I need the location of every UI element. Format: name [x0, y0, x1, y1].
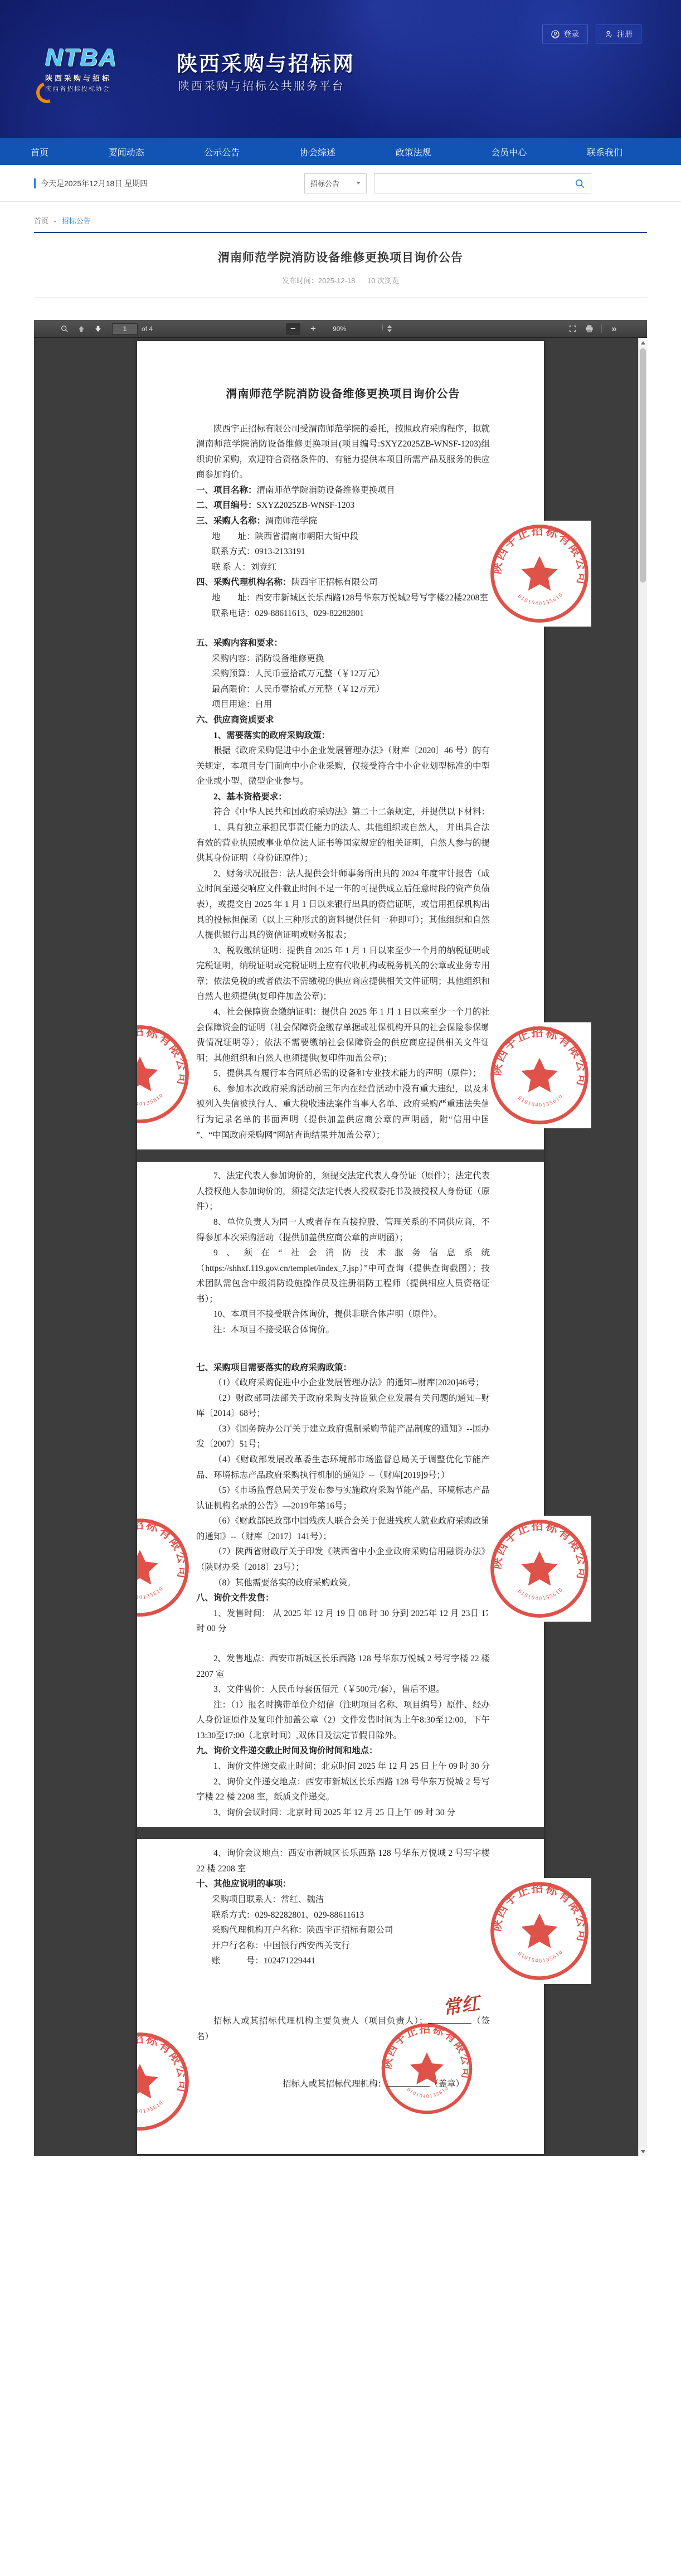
nav-item-home[interactable]: 首页 [31, 145, 48, 158]
document-item: 4、社会保障资金缴纳证明：提供自 2025 年 1 月 1 日以来至少一个月的社… [196, 1005, 490, 1066]
signature-line: 招标人或其招标代理机构主要负责人（项目负责人）：常红（签名） [196, 2014, 490, 2044]
zoom-out-button[interactable]: − [286, 323, 300, 335]
triangle-down-icon [641, 2150, 645, 2153]
document-line: 采购内容：消防设备维修更换 [196, 651, 490, 667]
toolbar-more-button[interactable]: » [606, 322, 622, 336]
stamp-blank [386, 2079, 430, 2087]
login-label: 登录 [563, 28, 579, 40]
zoom-level-value: 90% [333, 325, 346, 333]
register-button[interactable]: 注册 [596, 25, 641, 43]
document-line: 联 系 人：刘竞红 [196, 560, 490, 575]
document-paragraph: 符合《中华人民共和国政府采购法》第二十二条规定，并提供以下材料： [196, 804, 490, 820]
logo-mark: NTBA [45, 46, 118, 70]
document-line: 采购代理机构开户名称：陕西宇正招标有限公司 [196, 1923, 490, 1938]
document-item: （5）《市场监督总局关于发布参与实施政府采购节能产品、环境标志产品认证机构名录的… [196, 1483, 490, 1513]
nav-item-contact[interactable]: 联系我们 [587, 145, 622, 158]
document-note: 注：本项目不接受联合体询价。 [196, 1322, 490, 1338]
document-section-head: 六、供应商资质要求 [196, 712, 490, 728]
search-box [374, 173, 591, 193]
document-line: 联系方式：029-82282801、029-88611613 [196, 1908, 490, 1923]
pdf-page-gap [137, 1149, 544, 1162]
search-input[interactable] [374, 174, 591, 193]
pdf-page-gap [137, 1827, 544, 1839]
document-item: （2）财政部司法部关于政府采购支持监狱企业发展有关问题的通知--财库〔2014〕… [196, 1391, 490, 1422]
view-count: 10 次浏览 [367, 276, 399, 285]
user-circle-icon [551, 30, 560, 38]
page-title: 渭南师范学院消防设备维修更换项目询价公告 [0, 249, 681, 265]
nav-item-news[interactable]: 要闻动态 [109, 145, 144, 158]
document-item: （6）《财政部民政部中国残疾人联合会关于促进残疾人就业政府采购政策的通知》--（… [196, 1513, 490, 1544]
document-line: 联系方式：0913-2133191 [196, 544, 490, 560]
document-section-head: 十、其他应说明的事项： [196, 1876, 490, 1892]
signature-blank: 常红 [428, 2016, 471, 2024]
breadcrumb-current[interactable]: 招标公告 [62, 217, 91, 225]
document-section: 二、项目编号：SXYZ2025ZB-WNSF-1203 [196, 498, 490, 513]
document-paragraph: 根据《政府采购促进中小企业发展管理办法》（财库〔2020〕46 号）的有关规定，… [196, 743, 490, 789]
search-category-select[interactable]: 招标公告 [304, 173, 367, 193]
search-icon[interactable] [575, 178, 585, 192]
document-item: （8）其他需要落实的政府采购政策。 [196, 1575, 490, 1591]
pdf-previous-page-button[interactable] [73, 322, 90, 336]
search-icon [61, 325, 69, 333]
document-line: 地 址：西安市新城区长乐西路128号华东万悦城2号写字楼22楼2208室 [196, 590, 490, 606]
publish-time: 发布时间：2025-12-18 [282, 276, 356, 285]
document-section-head: 八、询价文件发售： [196, 1590, 490, 1606]
document-item: 1、具有独立承担民事责任能力的法人、其他组织或自然人， 并出具合法有效的营业执照… [196, 820, 490, 866]
site-subtitle: 陕西采购与招标公共服务平台 [178, 77, 345, 93]
document-item: 9、须在“社会消防技术服务信息系统（https://shhxf.119.gov.… [196, 1245, 490, 1307]
fullscreen-expand-icon [568, 324, 577, 333]
breadcrumb-separator: - [54, 217, 56, 225]
today-date-text: 今天是2025年12月18日 星期四 [41, 178, 148, 189]
edge-seal-stamp [137, 1022, 198, 1128]
article-divider [34, 297, 647, 298]
search-category-value: 招标公告 [310, 178, 339, 188]
document-item: 3、询价会议时间：北京时间 2025 年 12 月 25 日上午 09 时 30… [196, 1805, 490, 1821]
site-banner: NTBA 陕西采购与招标 陕西省招标投标协会 陕西采购与招标网 陕西采购与招标公… [0, 0, 681, 138]
spinner-arrows-icon [382, 324, 392, 333]
breadcrumb-home[interactable]: 首页 [34, 217, 48, 225]
document-item: 3、税收缴纳证明：提供自 2025 年 1 月 1 日以来至少一个月的纳税证明或… [196, 943, 490, 1005]
edge-seal-stamp [488, 1022, 591, 1128]
document-item: 4、询价会议地点：西安市新城区长乐西路 128 号华东万悦城 2 号写字楼 22… [196, 1846, 490, 1876]
document-line: 账 号：102471229441 [196, 1953, 490, 1969]
print-button[interactable] [581, 322, 597, 336]
nav-item-announcements[interactable]: 公示公告 [204, 145, 240, 158]
nav-item-member-center[interactable]: 会员中心 [491, 145, 527, 158]
document-line: 采购项目联系人：常红、魏洁 [196, 1892, 490, 1908]
document-item: 8、单位负责人为同一人或者存在直接控股、管理关系的不同供应商，不得参加本次采购活… [196, 1215, 490, 1245]
document-note: 注：（1）报名时携带单位介绍信（注明项目名称、项目编号）原件、经办人身份证原件及… [196, 1697, 490, 1744]
chevron-down-icon [356, 182, 361, 185]
document-item: 3、文件售价：人民币每套伍佰元（￥500元/套），售后不退。 [196, 1682, 490, 1697]
document-item: 2、询价文件递交地点：西安市新城区长乐西路 128 号华东万悦城 2 号写字楼 … [196, 1774, 490, 1805]
document-title: 渭南师范学院消防设备维修更换项目询价公告 [196, 385, 490, 405]
edge-seal-stamp [488, 1516, 591, 1622]
breadcrumb-divider [34, 232, 647, 233]
document-item: 5、提供具有履行本合同所必需的设备和专业技术能力的声明（原件）； [196, 1066, 490, 1081]
edge-seal-stamp [137, 2030, 198, 2136]
edge-seal-stamp [137, 1516, 198, 1622]
scrollbar-thumb[interactable] [640, 348, 646, 583]
user-add-icon [605, 30, 613, 38]
breadcrumb: 首页 - 招标公告 [34, 202, 647, 226]
document-section-head: 五、采购内容和要求： [196, 635, 490, 651]
document-line: 地 址：陕西省渭南市朝阳大街中段 [196, 529, 490, 545]
pdf-search-button[interactable] [56, 322, 73, 336]
pdf-canvas-area[interactable]: 陕西宇正招标有限公司 6101040135610 渭南师范学院消防设备维修更换项… [34, 338, 647, 2156]
document-item: 7、法定代表人参加询价的，须提交法定代表人身份证（原件）；法定代表人授权他人参加… [196, 1168, 490, 1215]
document-line: 开户行名称：中国银行西安西关支行 [196, 1938, 490, 1954]
document-item: （4）《财政部发展改革委生态环境部市场监督总局关于调整优化节能产品、环境标志产品… [196, 1452, 490, 1483]
pdf-document-page: 渭南师范学院消防设备维修更换项目询价公告 陕西宇正招标有限公司受渭南师范学院的委… [137, 341, 544, 2154]
printer-icon [585, 324, 594, 333]
presentation-mode-button[interactable] [564, 322, 581, 336]
document-item: 6、参加本次政府采购活动前三年内在经营活动中没有重大违纪，以及未被列入失信被执行… [196, 1081, 490, 1143]
document-line: 采购预算：人民币壹拾贰万元整（￥12万元） [196, 666, 490, 682]
login-button[interactable]: 登录 [542, 25, 588, 43]
document-item: 1、发售时间： 从 2025 年 12 月 19 日 08 时 30 分到 20… [196, 1606, 490, 1637]
main-nav: 首页 要闻动态 公示公告 协会综述 政策法规 会员中心 联系我们 [0, 138, 681, 165]
document-line: 联系电话：029-88611613、029-82282801 [196, 606, 490, 622]
document-item: （3）《国务院办公厅关于建立政府强制采购节能产品制度的通知》--国办发〔2007… [196, 1422, 490, 1452]
document-item: 1、询价文件递交截止时间：北京时间 2025 年 12 月 25 日上午 09 … [196, 1759, 490, 1774]
zoom-level-select[interactable]: 90% [329, 323, 395, 335]
document-line: 最高限价：人民币壹拾贰万元整（￥12万元） [196, 682, 490, 697]
document-section-head: 九、询价文件递交截止时间及询价时间和地点： [196, 1743, 490, 1759]
zoom-in-button[interactable]: + [306, 323, 320, 335]
info-bar: 今天是2025年12月18日 星期四 招标公告 [0, 165, 681, 202]
pdf-next-page-button[interactable] [90, 322, 106, 336]
site-logo[interactable]: NTBA 陕西采购与招标 陕西省招标投标协会 [45, 46, 118, 93]
double-chevron-icon: » [611, 323, 616, 334]
register-label: 注册 [617, 28, 633, 40]
toolbar-divider [601, 324, 602, 333]
article-meta: 发布时间：2025-12-18 10 次浏览 [0, 275, 681, 285]
document-section: 四、采购代理机构名称：陕西宇正招标有限公司 [196, 575, 490, 590]
arrow-up-icon [77, 325, 85, 333]
document-section: 三、采购人名称：渭南师范学院 [196, 513, 490, 529]
edge-seal-stamp [488, 1878, 591, 1984]
nav-item-association[interactable]: 协会综述 [300, 145, 335, 158]
document-subsection-head: 2、基本资格要求： [196, 789, 490, 805]
document-subsection-head: 1、需要落实的政府采购政策： [196, 728, 490, 744]
site-title: 陕西采购与招标网 [177, 47, 355, 77]
triangle-up-icon [641, 341, 645, 345]
nav-item-policies[interactable]: 政策法规 [396, 145, 431, 158]
document-item: 10、本项目不接受联合体询价，提供非联合体声明（原件）。 [196, 1307, 490, 1322]
document-section-head: 七、采购项目需要落实的政府采购政策： [196, 1360, 490, 1376]
scrollbar-down-button[interactable] [639, 2147, 647, 2156]
document-paragraph: 陕西宇正招标有限公司受渭南师范学院的委托，按照政府采购程序，拟就渭南师范学院消防… [196, 421, 490, 483]
arrow-down-icon [94, 325, 102, 333]
document-item: 2、发售地点：西安市新城区长乐西路 128 号华东万悦城 2 号写字楼 22 楼… [196, 1651, 490, 1682]
pdf-page-number-input[interactable] [112, 323, 138, 334]
document-line: 项目用途：自用 [196, 697, 490, 712]
pdf-page-count: of 4 [142, 325, 153, 333]
pdf-toolbar: of 4 − + 90% » [34, 320, 647, 338]
date-accent-bar [34, 178, 36, 188]
scrollbar-up-button[interactable] [639, 338, 647, 347]
document-item: （1）《政府采购促进中小企业发展管理办法》的通知--财库[2020]46号； [196, 1375, 490, 1391]
pdf-scrollbar[interactable] [638, 338, 647, 2156]
document-section: 一、项目名称：渭南师范学院消防设备维修更换项目 [196, 483, 490, 498]
stamp-line: 招标人或其招标代理机构：（盖章） [196, 2077, 490, 2092]
pdf-viewer: of 4 − + 90% » [34, 320, 647, 2156]
document-item: （7）陕西省财政厅关于印发《陕西省中小企业政府采购信用融资办法》（陕财办采〔20… [196, 1544, 490, 1575]
logo-subtitle-1: 陕西采购与招标 [45, 72, 118, 83]
edge-seal-stamp [488, 521, 591, 627]
document-item: 2、财务状况报告：法人提供会计师事务所出具的 2024 年度审计报告（成立时间至… [196, 866, 490, 943]
